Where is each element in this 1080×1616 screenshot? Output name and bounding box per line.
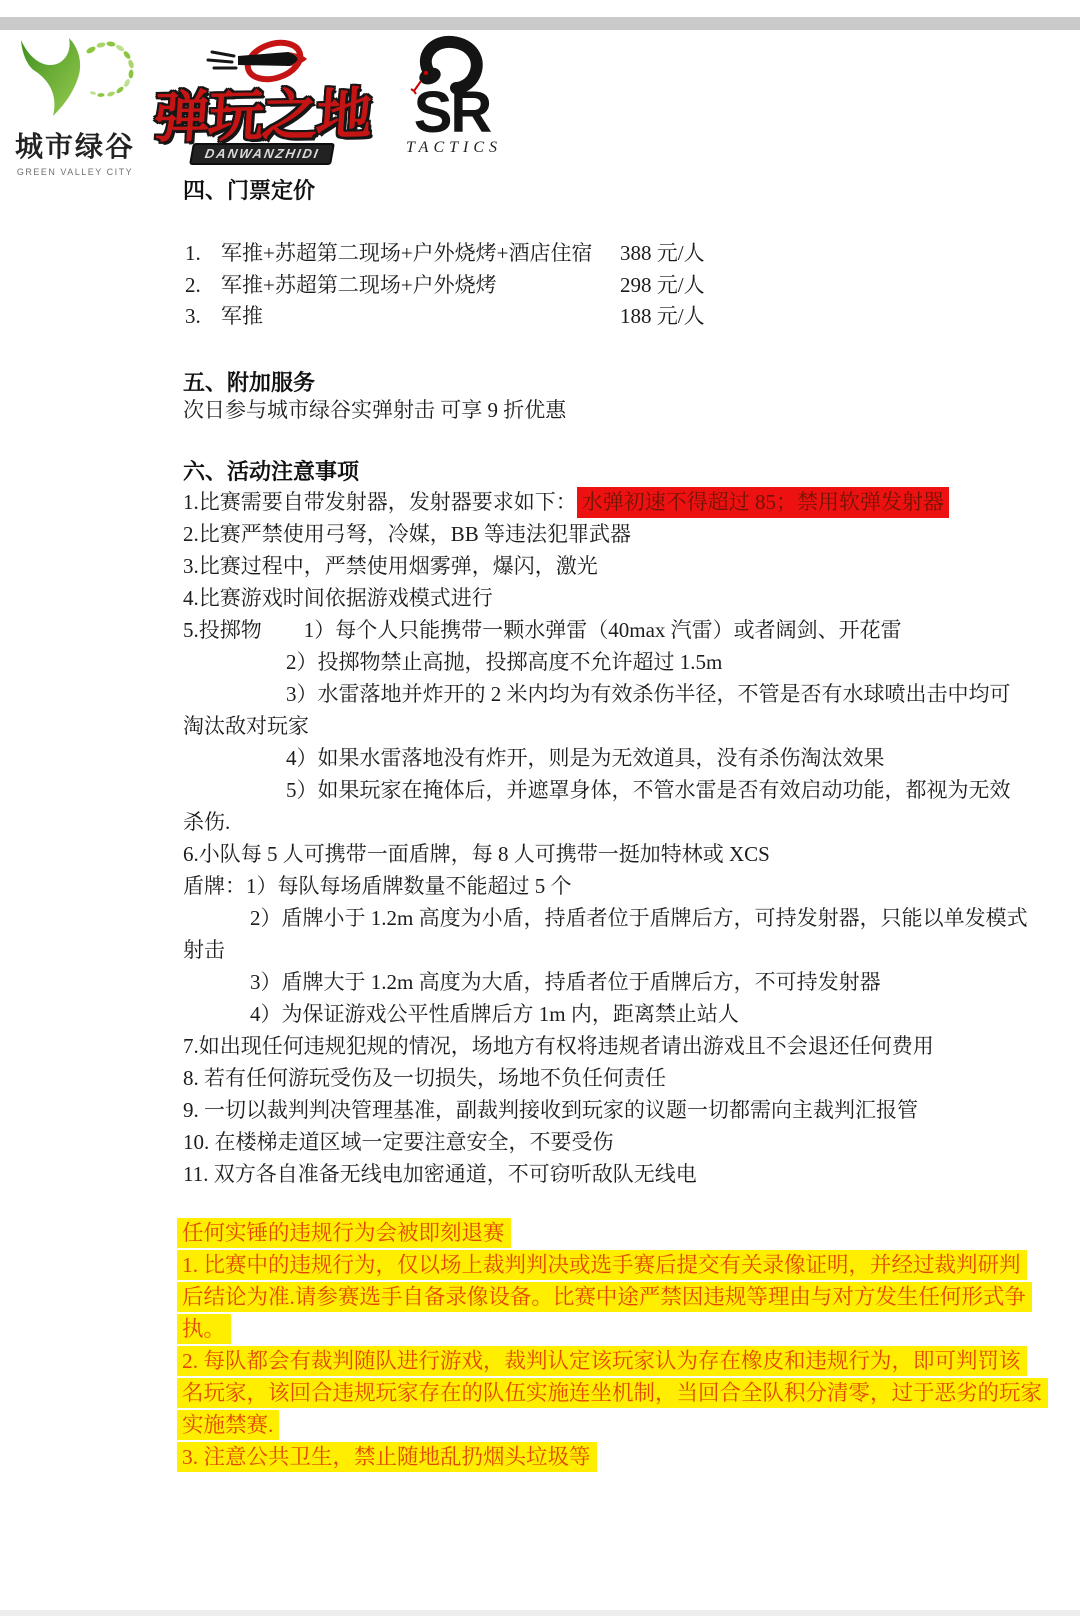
yellow-highlight-text: 名玩家，该回合违规玩家存在的队伍实施连坐机制，当回合全队积分清零，过于恶劣的玩家 xyxy=(177,1378,1048,1408)
note-line: 3.比赛过程中，严禁使用烟雾弹，爆闪，激光 xyxy=(183,550,1063,582)
note-text: 4）为保证游戏公平性盾牌后方 1m 内，距离禁止站人 xyxy=(250,1002,739,1026)
note-text: 2.比赛严禁使用弓弩，冷媒，BB 等违法犯罪武器 xyxy=(183,522,631,546)
ticket-price: 188 元/人 xyxy=(620,301,705,333)
danwanzhidi-logo: 弹玩之地 DANWANZHIDI xyxy=(150,38,374,165)
note-line: 4）如果水雷落地没有炸开，则是为无效道具，没有杀伤淘汰效果 xyxy=(183,742,1063,774)
note-text: 5.投掷物 1）每个人只能携带一颗水弹雷（40max 汽雷）或者阔剑、开花雷 xyxy=(183,618,902,642)
green-valley-logo-cn: 城市绿谷 xyxy=(13,125,137,165)
note-text: 9. 一切以裁判判决管理基准，副裁判接收到玩家的议题一切都需向主裁判汇报管 xyxy=(183,1098,918,1122)
note-text: 盾牌：1）每队每场盾牌数量不能超过 5 个 xyxy=(183,874,572,898)
ticket-label: 军推 xyxy=(221,304,263,328)
yellow-highlight-text: 3. 注意公共卫生，禁止随地乱扔烟头垃圾等 xyxy=(177,1442,597,1472)
pricing-heading: 四、门票定价 xyxy=(183,174,315,205)
pricing-row: 3.军推188 元/人 xyxy=(185,301,905,333)
note-text: 3）水雷落地并炸开的 2 米内均为有效杀伤半径，不管是否有水球喷出击中均可 xyxy=(286,682,1011,706)
sr-tactics-label: TACTICS xyxy=(406,139,502,156)
notes-list: 1.比赛需要自带发射器，发射器要求如下：水弹初速不得超过 85；禁用软弹发射器2… xyxy=(183,486,1063,1190)
note-text: 11. 双方各自准备无线电加密通道，不可窃听敌队无线电 xyxy=(183,1162,697,1186)
penalty-line: 后结论为准.请参赛选手自备录像设备。比赛中途严禁因违规等理由与对方发生任何形式争 xyxy=(177,1282,1067,1314)
penalty-line: 3. 注意公共卫生，禁止随地乱扔烟头垃圾等 xyxy=(177,1442,1067,1474)
note-line: 2）盾牌小于 1.2m 高度为小盾，持盾者位于盾牌后方，可持发射器，只能以单发模… xyxy=(183,902,1063,934)
note-text: 4）如果水雷落地没有炸开，则是为无效道具，没有杀伤淘汰效果 xyxy=(286,746,885,770)
note-line: 8. 若有任何游玩受伤及一切损失，场地不负任何责任 xyxy=(183,1062,1063,1094)
red-highlight-text: 水弹初速不得超过 85；禁用软弹发射器 xyxy=(577,487,949,518)
green-valley-logo: 城市绿谷 GREEN VALLEY CITY xyxy=(13,36,137,177)
note-line: 10. 在楼梯走道区域一定要注意安全，不要受伤 xyxy=(183,1126,1063,1158)
note-text: 10. 在楼梯走道区域一定要注意安全，不要受伤 xyxy=(183,1130,614,1154)
yellow-highlight-text: 后结论为准.请参赛选手自备录像设备。比赛中途严禁因违规等理由与对方发生任何形式争 xyxy=(177,1282,1032,1312)
danwanzhidi-logo-cn: 弹玩之地 xyxy=(148,87,376,147)
note-text: 6.小队每 5 人可携带一面盾牌，每 8 人可携带一挺加特林或 XCS xyxy=(183,842,770,866)
document-page: 城市绿谷 GREEN VALLEY CITY 弹玩之地 DANWANZHIDI … xyxy=(0,0,1080,1616)
bullet-ring-icon xyxy=(150,38,374,84)
sr-letters: SR xyxy=(414,80,492,145)
row-number: 1. xyxy=(185,238,221,270)
note-text: 2）投掷物禁止高抛，投掷高度不允许超过 1.5m xyxy=(286,650,722,674)
note-line: 4）为保证游戏公平性盾牌后方 1m 内，距离禁止站人 xyxy=(183,998,1063,1030)
note-line: 2.比赛严禁使用弓弩，冷媒，BB 等违法犯罪武器 xyxy=(183,518,1063,550)
note-text: 1.比赛需要自带发射器，发射器要求如下： xyxy=(183,490,577,514)
note-text: 杀伤. xyxy=(183,810,230,834)
note-line: 盾牌：1）每队每场盾牌数量不能超过 5 个 xyxy=(183,870,1063,902)
note-line: 3）水雷落地并炸开的 2 米内均为有效杀伤半径，不管是否有水球喷出击中均可 xyxy=(183,678,1063,710)
note-text: 7.如出现任何违规犯规的情况，场地方有权将违规者请出游戏且不会退还任何费用 xyxy=(183,1034,934,1058)
note-text: 5）如果玩家在掩体后，并遮罩身体，不管水雷是否有效启动功能，都视为无效 xyxy=(286,778,1011,802)
ticket-label: 军推+苏超第二现场+户外烧烤 xyxy=(221,273,497,297)
note-text: 3.比赛过程中，严禁使用烟雾弹，爆闪，激光 xyxy=(183,554,598,578)
note-text: 4.比赛游戏时间依据游戏模式进行 xyxy=(183,586,493,610)
note-text: 8. 若有任何游玩受伤及一切损失，场地不负任何责任 xyxy=(183,1066,666,1090)
yellow-highlight-text: 实施禁赛. xyxy=(177,1410,279,1440)
pricing-row: 1.军推+苏超第二现场+户外烧烤+酒店住宿388 元/人 xyxy=(185,238,905,270)
snake-icon: SR TACTICS xyxy=(388,34,518,156)
sr-tactics-logo: SR TACTICS xyxy=(388,34,518,161)
penalty-line: 1. 比赛中的违规行为，仅以场上裁判判决或选手赛后提交有关录像证明，并经过裁判研… xyxy=(177,1250,1067,1282)
danwanzhidi-logo-en: DANWANZHIDI xyxy=(189,143,335,165)
row-number: 2. xyxy=(185,270,221,302)
note-text: 射击 xyxy=(183,938,225,962)
note-line: 7.如出现任何违规犯规的情况，场地方有权将违规者请出游戏且不会退还任何费用 xyxy=(183,1030,1063,1062)
notes-heading: 六、活动注意事项 xyxy=(183,455,359,486)
yellow-highlight-text: 任何实锤的违规行为会被即刻退赛 xyxy=(177,1218,511,1248)
note-line: 1.比赛需要自带发射器，发射器要求如下：水弹初速不得超过 85；禁用软弹发射器 xyxy=(183,486,1063,518)
note-line: 2）投掷物禁止高抛，投掷高度不允许超过 1.5m xyxy=(183,646,1063,678)
pricing-row: 2.军推+苏超第二现场+户外烧烤298 元/人 xyxy=(185,270,905,302)
penalty-block: 任何实锤的违规行为会被即刻退赛1. 比赛中的违规行为，仅以场上裁判判决或选手赛后… xyxy=(177,1218,1067,1474)
row-number: 3. xyxy=(185,301,221,333)
ticket-price: 298 元/人 xyxy=(620,270,705,302)
penalty-line: 实施禁赛. xyxy=(177,1410,1067,1442)
page-bottom-edge xyxy=(0,1610,1080,1616)
pricing-list: 1.军推+苏超第二现场+户外烧烤+酒店住宿388 元/人2.军推+苏超第二现场+… xyxy=(185,238,905,333)
penalty-line: 名玩家，该回合违规玩家存在的队伍实施连坐机制，当回合全队积分清零，过于恶劣的玩家 xyxy=(177,1378,1067,1410)
note-line: 11. 双方各自准备无线电加密通道，不可窃听敌队无线电 xyxy=(183,1158,1063,1190)
note-line: 杀伤. xyxy=(183,806,1063,838)
note-line: 淘汰敌对玩家 xyxy=(183,710,1063,742)
note-line: 射击 xyxy=(183,934,1063,966)
note-text: 2）盾牌小于 1.2m 高度为小盾，持盾者位于盾牌后方，可持发射器，只能以单发模… xyxy=(250,906,1028,930)
green-valley-leaf-icon xyxy=(13,36,137,118)
yellow-highlight-text: 1. 比赛中的违规行为，仅以场上裁判判决或选手赛后提交有关录像证明，并经过裁判研… xyxy=(177,1250,1027,1280)
yellow-highlight-text: 执。 xyxy=(177,1314,231,1344)
note-line: 9. 一切以裁判判决管理基准，副裁判接收到玩家的议题一切都需向主裁判汇报管 xyxy=(183,1094,1063,1126)
note-text: 3）盾牌大于 1.2m 高度为大盾，持盾者位于盾牌后方，不可持发射器 xyxy=(250,970,881,994)
penalty-line: 任何实锤的违规行为会被即刻退赛 xyxy=(177,1218,1067,1250)
yellow-highlight-text: 2. 每队都会有裁判随队进行游戏，裁判认定该玩家认为存在橡皮和违规行为，即可判罚… xyxy=(177,1346,1027,1376)
note-line: 5.投掷物 1）每个人只能携带一颗水弹雷（40max 汽雷）或者阔剑、开花雷 xyxy=(183,614,1063,646)
penalty-line: 2. 每队都会有裁判随队进行游戏，裁判认定该玩家认为存在橡皮和违规行为，即可判罚… xyxy=(177,1346,1067,1378)
note-text: 淘汰敌对玩家 xyxy=(183,714,309,738)
penalty-line: 执。 xyxy=(177,1314,1067,1346)
note-line: 4.比赛游戏时间依据游戏模式进行 xyxy=(183,582,1063,614)
note-line: 6.小队每 5 人可携带一面盾牌，每 8 人可携带一挺加特林或 XCS xyxy=(183,838,1063,870)
green-valley-logo-en: GREEN VALLEY CITY xyxy=(13,167,137,177)
note-line: 3）盾牌大于 1.2m 高度为大盾，持盾者位于盾牌后方，不可持发射器 xyxy=(183,966,1063,998)
note-line: 5）如果玩家在掩体后，并遮罩身体，不管水雷是否有效启动功能，都视为无效 xyxy=(183,774,1063,806)
services-body: 次日参与城市绿谷实弹射击 可享 9 折优惠 xyxy=(183,394,566,424)
ticket-price: 388 元/人 xyxy=(620,238,705,270)
ticket-label: 军推+苏超第二现场+户外烧烤+酒店住宿 xyxy=(221,241,593,265)
page-top-edge xyxy=(0,17,1080,30)
services-heading: 五、附加服务 xyxy=(183,366,315,397)
